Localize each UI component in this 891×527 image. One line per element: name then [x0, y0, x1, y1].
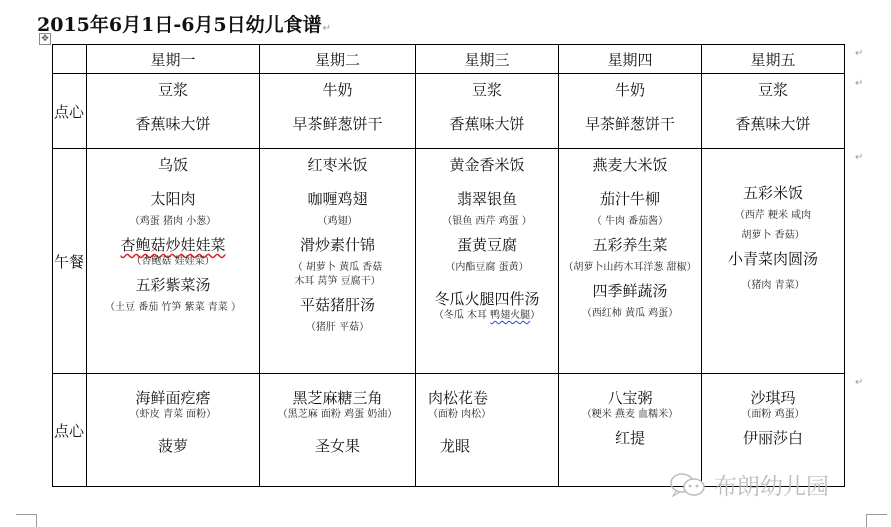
- snack-name: 沙琪玛: [702, 388, 844, 408]
- page-corner-mark: [866, 514, 887, 527]
- snack-item: 牛奶: [559, 80, 701, 100]
- morning-snack-fri: 豆浆 香蕉味大饼: [702, 74, 845, 149]
- morning-snack-wed: 豆浆 香蕉味大饼: [416, 74, 559, 149]
- snack-item: 豆浆: [416, 80, 558, 100]
- snack-item: 豆浆: [702, 80, 844, 100]
- snack-name: 红提: [559, 428, 701, 448]
- morning-snack-tue: 牛奶 早茶鲜葱饼干: [260, 74, 416, 149]
- dish-ingredients: （西芹 粳米 咸肉: [702, 209, 844, 223]
- dish-name: 小青菜肉圆汤: [702, 249, 844, 269]
- snack-name: 海鲜面疙瘩: [87, 388, 259, 408]
- dish-name: 蛋黄豆腐: [416, 235, 558, 255]
- dish-ingredients: （土豆 番茄 竹笋 紫菜 青菜 ）: [87, 301, 259, 315]
- dish-name: 滑炒素什锦: [260, 235, 415, 255]
- grammar-underline: 鸭翅火腿: [490, 310, 530, 321]
- dish-name: 咖喱鸡翅: [260, 189, 415, 209]
- dish-name: 五彩米饭: [702, 183, 844, 203]
- document-title-text: 2015年6月1日-6月5日幼儿食谱: [37, 14, 322, 36]
- day-header-mon: 星期一: [87, 45, 260, 74]
- menu-table: 星期一 星期二 星期三 星期四 星期五 点心 豆浆 香蕉味大饼 牛奶 早茶鲜葱饼…: [52, 44, 845, 487]
- snack-item: 香蕉味大饼: [87, 114, 259, 134]
- snack-name: 龙眼: [428, 436, 558, 456]
- snack-name: 菠萝: [87, 436, 259, 456]
- dish-ingredients: （猪肉 青菜）: [702, 279, 844, 293]
- ingredients-text: ）: [530, 310, 540, 321]
- day-header-thu: 星期四: [559, 45, 702, 74]
- dish-name: 燕麦大米饭: [559, 155, 701, 175]
- day-header-fri: 星期五: [702, 45, 845, 74]
- snack-ingredients: （粳米 燕麦 血糯米）: [559, 408, 701, 422]
- dish-ingredients: （银鱼 西芹 鸡蛋 ）: [416, 215, 558, 229]
- lunch-mon: 乌饭 太阳肉 （鸡蛋 猪肉 小葱） 杏鲍菇炒娃娃菜 （杏鲍菇 娃娃菜） 五彩紫菜…: [87, 149, 260, 374]
- morning-snack-thu: 牛奶 早茶鲜葱饼干: [559, 74, 702, 149]
- lunch-tue: 红枣米饭 咖喱鸡翅 （鸡翅） 滑炒素什锦 （ 胡萝卜 黄瓜 香菇 木耳 莴笋 豆…: [260, 149, 416, 374]
- page-corner-mark: [16, 514, 37, 527]
- row-end-mark: ↵: [855, 48, 863, 59]
- dish-ingredients: （西红柿 黄瓜 鸡蛋）: [559, 307, 701, 321]
- dish-ingredients: （胡萝卜山药木耳洋葱 甜椒）: [559, 261, 701, 275]
- row-label-afternoon-snack: 点心: [53, 374, 87, 487]
- morning-snack-row: 点心 豆浆 香蕉味大饼 牛奶 早茶鲜葱饼干 豆浆 香蕉味大饼 牛奶 早茶鲜葱饼干…: [53, 74, 845, 149]
- dish-name: 茄汁牛柳: [559, 189, 701, 209]
- dish-ingredients: 木耳 莴笋 豆腐干）: [260, 275, 415, 289]
- table-move-handle-icon[interactable]: ✥: [39, 33, 51, 45]
- dish-ingredients: （冬瓜 木耳 鸭翅火腿）: [416, 309, 558, 323]
- dish-name: 四季鲜蔬汤: [559, 281, 701, 301]
- dish-name: 太阳肉: [87, 189, 259, 209]
- ingredients-text: （冬瓜 木耳: [434, 310, 490, 321]
- snack-item: 牛奶: [260, 80, 415, 100]
- snack-name: 肉松花卷: [428, 388, 558, 408]
- day-header-wed: 星期三: [416, 45, 559, 74]
- snack-item: 香蕉味大饼: [702, 114, 844, 134]
- dish-ingredients: （鸡蛋 猪肉 小葱）: [87, 215, 259, 229]
- afternoon-snack-mon: 海鲜面疙瘩 （虾皮 青菜 面粉） 菠萝: [87, 374, 260, 487]
- row-label-morning-snack: 点心: [53, 74, 87, 149]
- lunch-wed: 黄金香米饭 翡翠银鱼 （银鱼 西芹 鸡蛋 ） 蛋黄豆腐 （内酯豆腐 蛋黄） 冬瓜…: [416, 149, 559, 374]
- watermark-text: 布朗幼儿园: [714, 468, 829, 501]
- dish-ingredients: （猪肝 平菇）: [260, 321, 415, 335]
- dish-name: 五彩养生菜: [559, 235, 701, 255]
- dish-name: 五彩紫菜汤: [87, 275, 259, 295]
- lunch-row: 午餐 乌饭 太阳肉 （鸡蛋 猪肉 小葱） 杏鲍菇炒娃娃菜 （杏鲍菇 娃娃菜） 五…: [53, 149, 845, 374]
- corner-cell: [53, 45, 87, 74]
- dish-name: 冬瓜火腿四件汤: [416, 289, 558, 309]
- snack-name: 圣女果: [260, 436, 415, 456]
- snack-ingredients: （面粉 鸡蛋）: [702, 408, 844, 422]
- day-header-tue: 星期二: [260, 45, 416, 74]
- dish-name: 翡翠银鱼: [416, 189, 558, 209]
- dish-name: 杏鲍菇炒娃娃菜: [87, 235, 259, 255]
- wechat-icon: [668, 471, 708, 499]
- row-end-mark: ↵: [855, 78, 863, 89]
- dish-name: 乌饭: [87, 155, 259, 175]
- watermark: 布朗幼儿园: [668, 468, 829, 501]
- dish-ingredients: （ 牛肉 番茄酱）: [559, 215, 701, 229]
- row-end-mark: ↵: [855, 377, 863, 388]
- dish-name: 红枣米饭: [260, 155, 415, 175]
- spellcheck-underline: 杏鲍菇炒娃娃菜: [120, 236, 225, 254]
- snack-item: 豆浆: [87, 80, 259, 100]
- dish-ingredients: 胡萝卜 香菇）: [702, 229, 844, 243]
- afternoon-snack-wed: 肉松花卷 （面粉 肉松） 龙眼: [416, 374, 559, 487]
- dish-name: 黄金香米饭: [416, 155, 558, 175]
- snack-ingredients: （虾皮 青菜 面粉）: [87, 408, 259, 422]
- afternoon-snack-tue: 黑芝麻糖三角 （黑芝麻 面粉 鸡蛋 奶油） 圣女果: [260, 374, 416, 487]
- header-row: 星期一 星期二 星期三 星期四 星期五: [53, 45, 845, 74]
- snack-ingredients: （黑芝麻 面粉 鸡蛋 奶油）: [260, 408, 415, 422]
- lunch-fri: 五彩米饭 （西芹 粳米 咸肉 胡萝卜 香菇） 小青菜肉圆汤 （猪肉 青菜）: [702, 149, 845, 374]
- row-label-lunch: 午餐: [53, 149, 87, 374]
- dish-ingredients: （鸡翅）: [260, 215, 415, 229]
- lunch-thu: 燕麦大米饭 茄汁牛柳 （ 牛肉 番茄酱） 五彩养生菜 （胡萝卜山药木耳洋葱 甜椒…: [559, 149, 702, 374]
- document-title: 2015年6月1日-6月5日幼儿食谱↵: [37, 10, 331, 37]
- dish-ingredients: （ 胡萝卜 黄瓜 香菇: [260, 261, 415, 275]
- row-end-mark: ↵: [855, 152, 863, 163]
- snack-name: 八宝粥: [559, 388, 701, 408]
- snack-item: 早茶鲜葱饼干: [559, 114, 701, 134]
- dish-name: 平菇猪肝汤: [260, 295, 415, 315]
- paragraph-mark: ↵: [323, 23, 331, 34]
- snack-ingredients: （面粉 肉松）: [428, 408, 558, 422]
- dish-ingredients: （杏鲍菇 娃娃菜）: [87, 255, 259, 269]
- snack-name: 黑芝麻糖三角: [260, 388, 415, 408]
- dish-ingredients: （内酯豆腐 蛋黄）: [416, 261, 558, 275]
- snack-item: 香蕉味大饼: [416, 114, 558, 134]
- snack-name: 伊丽莎白: [702, 428, 844, 448]
- morning-snack-mon: 豆浆 香蕉味大饼: [87, 74, 260, 149]
- snack-item: 早茶鲜葱饼干: [260, 114, 415, 134]
